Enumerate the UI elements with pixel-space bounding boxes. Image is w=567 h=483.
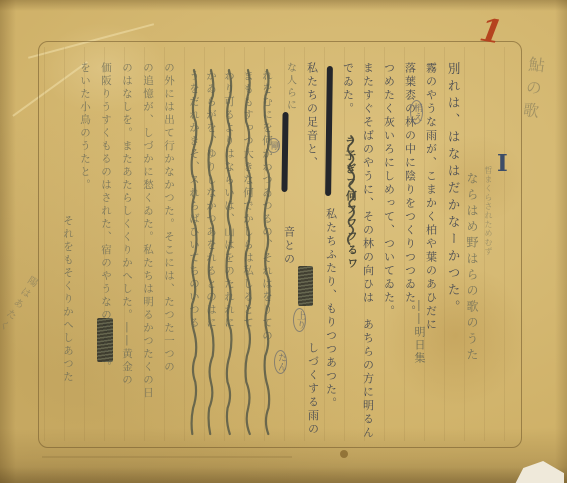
circled-word: 上り: [293, 308, 306, 332]
text-column: でゐた。: [342, 62, 354, 116]
text-column: な人らに: [284, 62, 295, 112]
attribution-note: ――明日集: [411, 300, 427, 365]
manuscript-page: 別れは、はなはだかなーかつた。霧のやうな雨が、こまかく柏や葉のあひだに落葉枩の林…: [0, 0, 567, 483]
text-column: それをもそくりかへしあつた: [62, 215, 73, 384]
circled-word: たん: [274, 350, 287, 374]
text-column: 私たちの足音と、: [306, 62, 318, 170]
title-annotation: 哲まくらされためむず: [483, 166, 494, 256]
text-column: をいた小鳥のうたと。: [79, 62, 90, 192]
scribble-blob: [298, 266, 313, 306]
text-column: またすぐそばのやうに、その林の向ひは あちらの方に明るん: [362, 62, 374, 440]
crease-line: [42, 456, 292, 458]
text-column: まももすっつ大きな何でかしらは私しるとて: [242, 70, 253, 330]
text-column: しづくする雨の: [307, 342, 319, 437]
text-column: かゐらがを、ゆりしなかつあをれるとのはに: [205, 70, 216, 330]
text-column: 私たちふたり、もりつつあつた。: [325, 208, 337, 411]
text-column: わり可るよりはならいは、山はをのたれれに: [223, 70, 234, 330]
text-column: の外には出て行かなかつた。そこには、たつた一つの: [163, 62, 174, 374]
text-column: うをだれかきそ、スれらばひいてちのいつる: [188, 70, 199, 330]
text-column: のはなしを。またあたらしくくりかへした。――黄金の: [121, 62, 132, 387]
text-column: れをむにを何かわつゐつるの、それはをりての: [261, 70, 272, 343]
section-numeral: I: [497, 150, 508, 177]
text-column: 霧のやうな雨が、こまかく柏や葉のあひだに: [425, 62, 437, 332]
poem-title-column: ならはめ野はらの歌のうた: [464, 172, 481, 364]
text-column: 音との: [283, 226, 295, 267]
scribble-blob: [97, 318, 113, 362]
strike-bar: [281, 112, 288, 192]
text-column: の追憶が、しづかに愁くゐた。私たちは明るかつたくの日: [142, 62, 153, 400]
text-column: 別れは、はなはだかなーかつた。: [447, 62, 460, 317]
text-column: ラ子ぎフ何フフフるワ: [344, 136, 358, 271]
circled-word: 梢え: [410, 100, 423, 124]
text-column: つめたく灰いろにしめって、ついてゐた。: [383, 62, 395, 319]
